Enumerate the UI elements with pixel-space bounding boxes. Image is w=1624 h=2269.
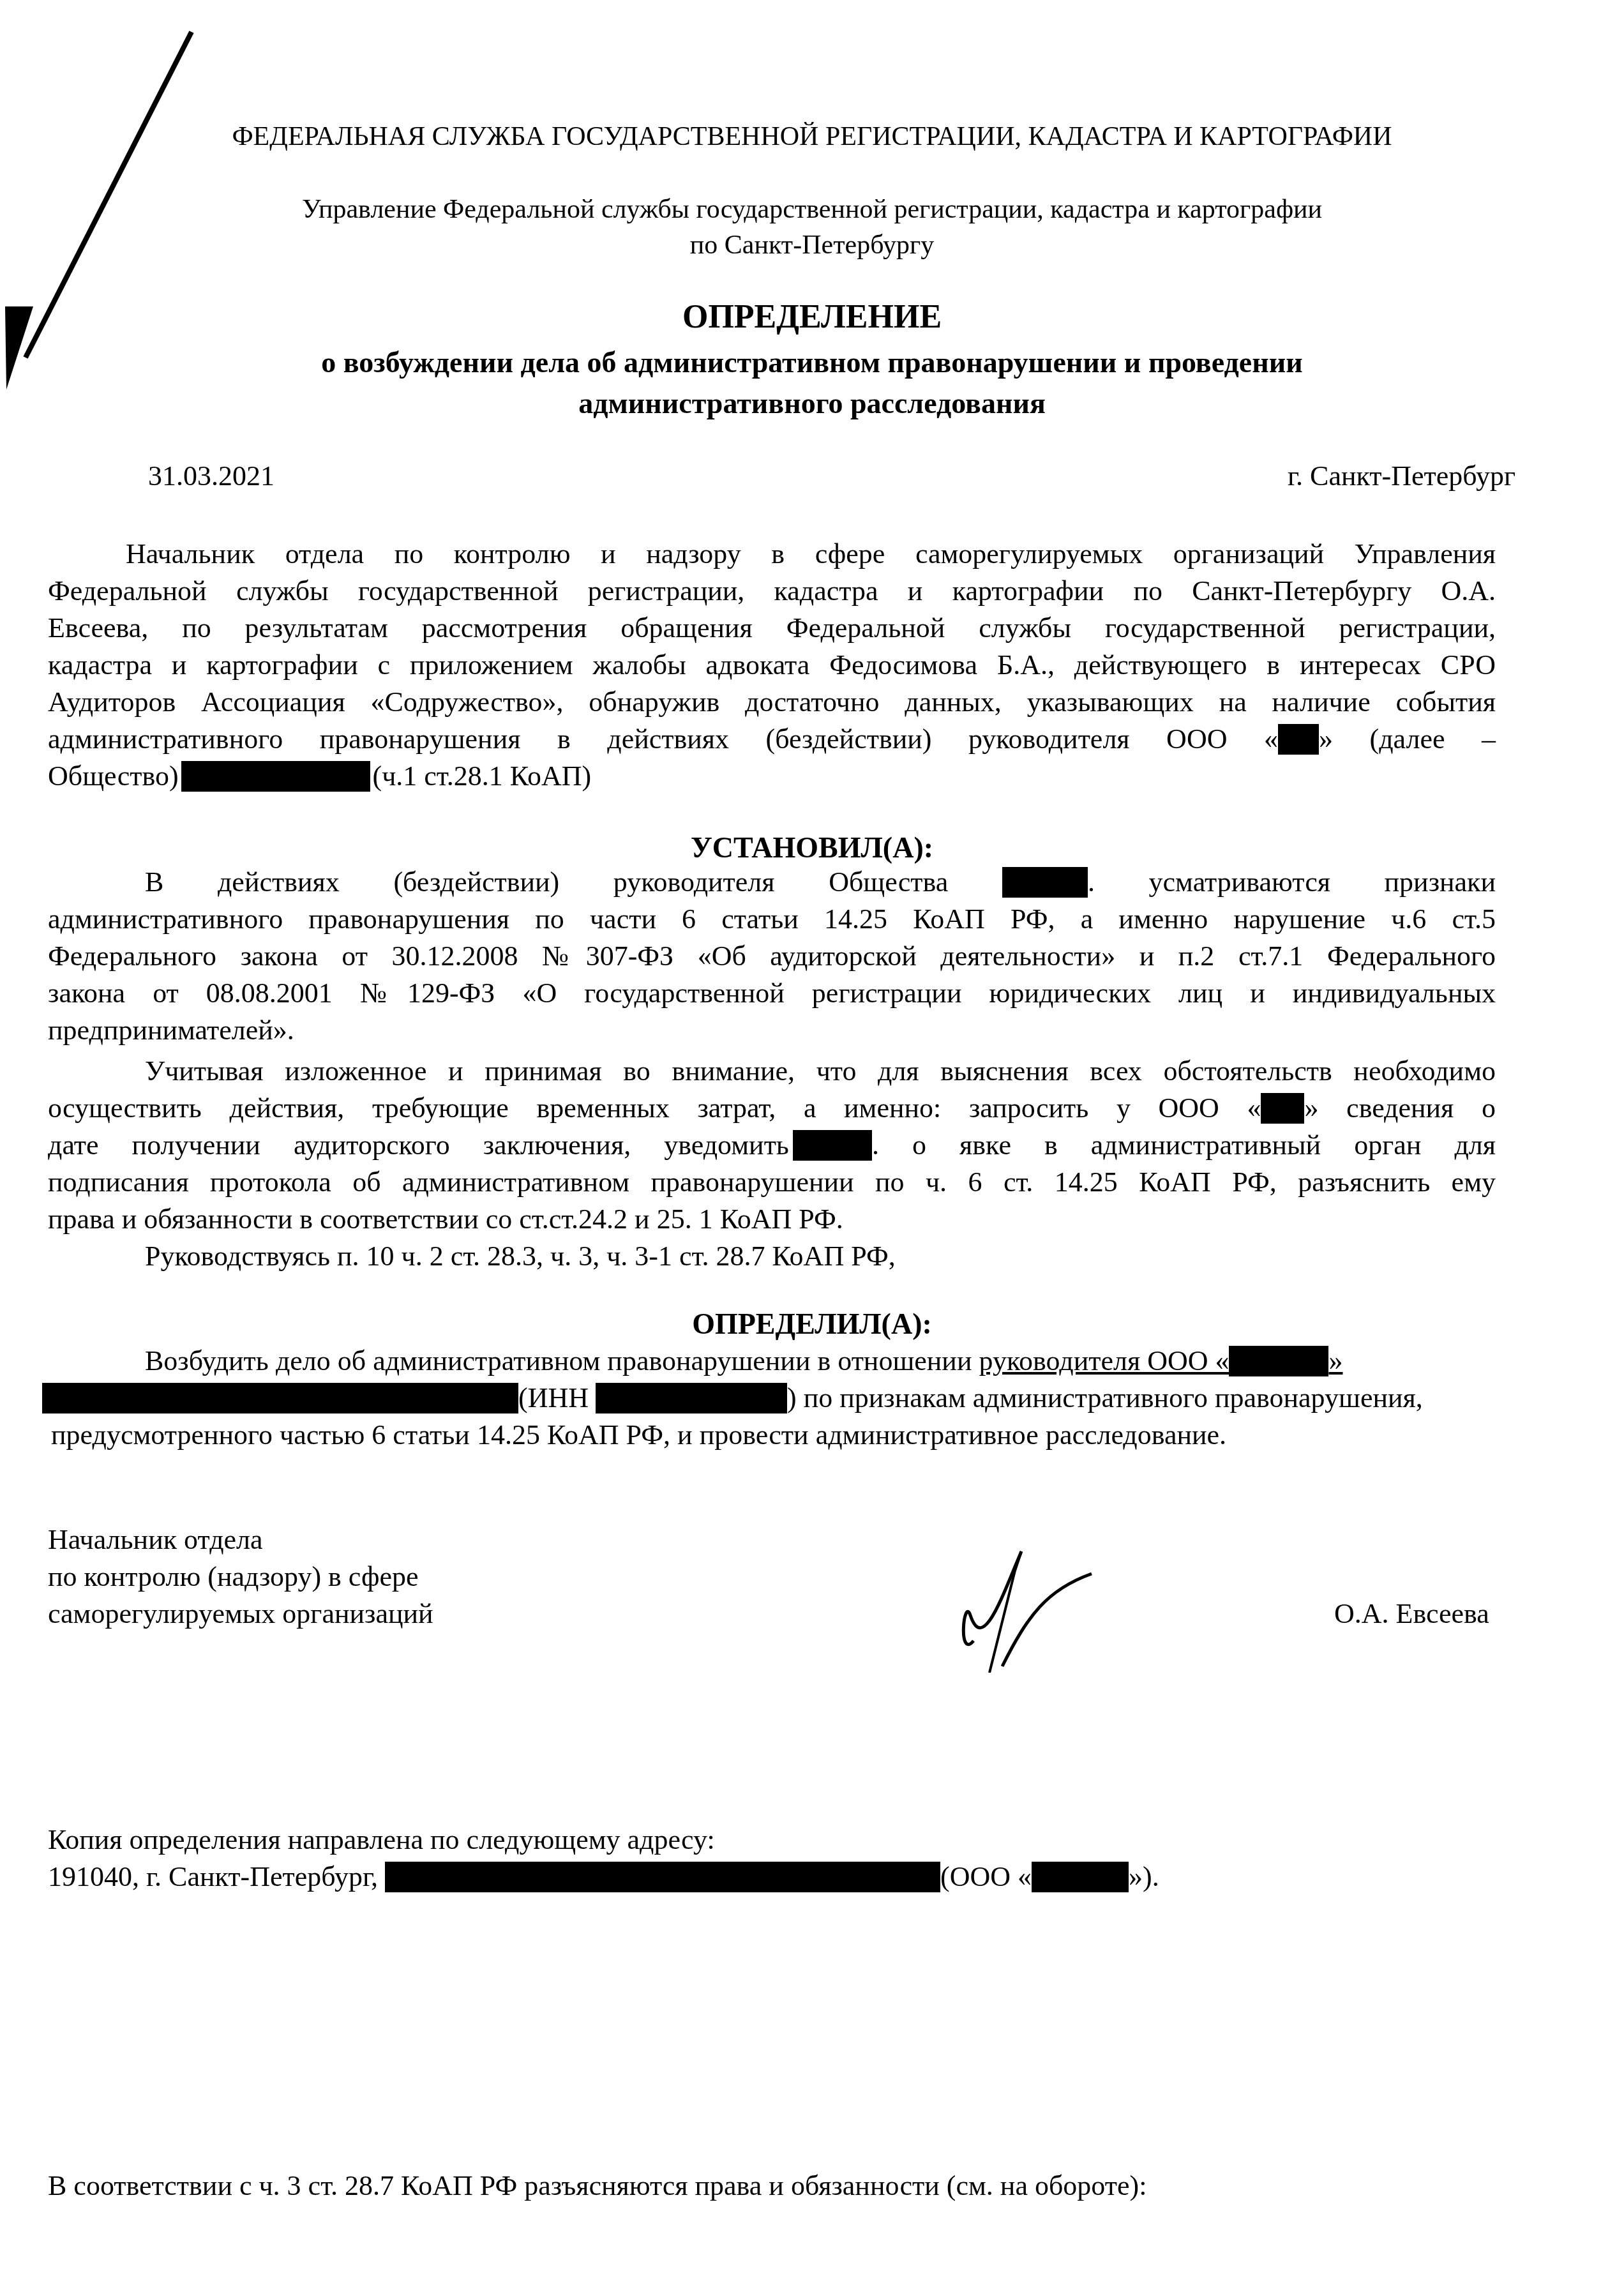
- document-subtitle-line1: о возбуждении дела об административном п…: [0, 345, 1624, 381]
- decided-text-underlined: руководителя ООО «: [979, 1345, 1229, 1376]
- established-line: административного правонарушения по част…: [48, 901, 1496, 937]
- document-subtitle-line2: административного расследования: [0, 386, 1624, 421]
- established-line-last: предпринимателей».: [48, 1013, 294, 1048]
- decided-text: ) по признакам административного правона…: [787, 1382, 1423, 1413]
- intro-text: (ч.1 ст.28.1 КоАП): [373, 760, 592, 792]
- established-legal-basis: Руководствуясь п. 10 ч. 2 ст. 28.3, ч. 3…: [145, 1239, 896, 1274]
- agency-name: ФЕДЕРАЛЬНАЯ СЛУЖБА ГОСУДАРСТВЕННОЙ РЕГИС…: [0, 119, 1624, 155]
- copy-address-line: 191040, г. Санкт-Петербург, (ООО «»).: [48, 1859, 1159, 1895]
- signatory-name: О.А. Евсеева: [1334, 1596, 1489, 1632]
- intro-line: Евсеева, по результатам рассмотрения обр…: [48, 610, 1496, 646]
- established-para2-line-notify: дате получении аудиторского заключения, …: [48, 1127, 1496, 1163]
- signatory-position-line3: саморегулируемых организаций: [48, 1596, 433, 1632]
- signatory-position-line1: Начальник отдела: [48, 1522, 263, 1558]
- redacted-company-name: [1278, 724, 1319, 755]
- document-date: 31.03.2021: [148, 458, 274, 494]
- decided-line-last: предусмотренного частью 6 статьи 14.25 К…: [51, 1417, 1226, 1453]
- intro-line-society: Общество)(ч.1 ст.28.1 КоАП): [48, 758, 591, 794]
- department-name-line2: по Санкт-Петербургу: [0, 227, 1624, 263]
- redacted-inn: [596, 1383, 787, 1413]
- signatory-position-line2: по контролю (надзору) в сфере: [48, 1559, 419, 1595]
- established-text: дате получении аудиторского заключения, …: [48, 1129, 789, 1161]
- intro-text: » (далее –: [1319, 723, 1496, 755]
- department-name-line1: Управление Федеральной службы государств…: [0, 192, 1624, 227]
- copy-address-text: (ООО «: [940, 1861, 1032, 1892]
- established-para2-line-company: осуществить действия, требующие временны…: [48, 1090, 1496, 1126]
- redacted-street-address: [385, 1862, 940, 1892]
- established-text: . усматриваются признаки: [1088, 866, 1496, 898]
- established-para2-line-last: права и обязанности в соответствии со ст…: [48, 1202, 843, 1237]
- intro-line: Федеральной службы государственной регис…: [48, 573, 1496, 609]
- established-para2-line: Учитывая изложенное и принимая во вниман…: [48, 1053, 1496, 1089]
- rights-note: В соответствии с ч. 3 ст. 28.7 КоАП РФ р…: [48, 2168, 1147, 2204]
- decided-line-inn: (ИНН ) по признакам административного пр…: [42, 1380, 1423, 1416]
- copy-address-label: Копия определения направлена по следующе…: [48, 1822, 715, 1858]
- established-text: В действиях (бездействии) руководителя О…: [145, 866, 948, 898]
- handwritten-signature: [919, 1545, 1111, 1673]
- redacted-director-name: [793, 1130, 872, 1161]
- document-city: г. Санкт-Петербург: [1288, 458, 1515, 494]
- redacted-company-name: [1261, 1093, 1304, 1124]
- intro-line-company: административного правонарушения в дейст…: [48, 721, 1496, 757]
- copy-address-text: 191040, г. Санкт-Петербург,: [48, 1861, 378, 1892]
- decided-inn-label: (ИНН: [518, 1382, 589, 1413]
- established-line-first: В действиях (бездействии) руководителя О…: [48, 864, 1496, 900]
- established-line: закона от 08.08.2001 №129-ФЗ «О государс…: [48, 976, 1496, 1011]
- copy-address-text: »).: [1129, 1861, 1159, 1892]
- section-heading-established: УСТАНОВИЛ(А):: [0, 830, 1624, 866]
- intro-line: кадастра и картографии с приложением жал…: [48, 647, 1496, 683]
- established-text: » сведения о: [1304, 1092, 1496, 1124]
- intro-text: административного правонарушения в дейст…: [48, 723, 1278, 755]
- section-heading-decided: ОПРЕДЕЛИЛ(А):: [0, 1306, 1624, 1342]
- redacted-company-name: [1229, 1346, 1328, 1376]
- intro-line: Начальник отдела по контролю и надзору в…: [48, 536, 1496, 572]
- decided-text: Возбудить дело об административном право…: [145, 1345, 979, 1376]
- intro-line: Аудиторов Ассоциация «Содружество», обна…: [48, 684, 1496, 720]
- decided-text-underlined: »: [1328, 1345, 1342, 1376]
- decided-line-first: Возбудить дело об административном право…: [145, 1343, 1496, 1379]
- redacted-director-name: [181, 761, 370, 792]
- redacted-director-name: [42, 1383, 518, 1413]
- established-text: осуществить действия, требующие временны…: [48, 1092, 1261, 1124]
- established-line: Федерального закона от 30.12.2008 №307-Ф…: [48, 939, 1496, 974]
- intro-text: Общество): [48, 760, 179, 792]
- established-text: . о явке в административный орган для: [872, 1129, 1496, 1161]
- redacted-company-name: [1032, 1862, 1129, 1892]
- established-para2-line: подписания протокола об административном…: [48, 1165, 1496, 1200]
- document-title: ОПРЕДЕЛЕНИЕ: [0, 298, 1624, 337]
- redacted-director-name: [1002, 867, 1088, 898]
